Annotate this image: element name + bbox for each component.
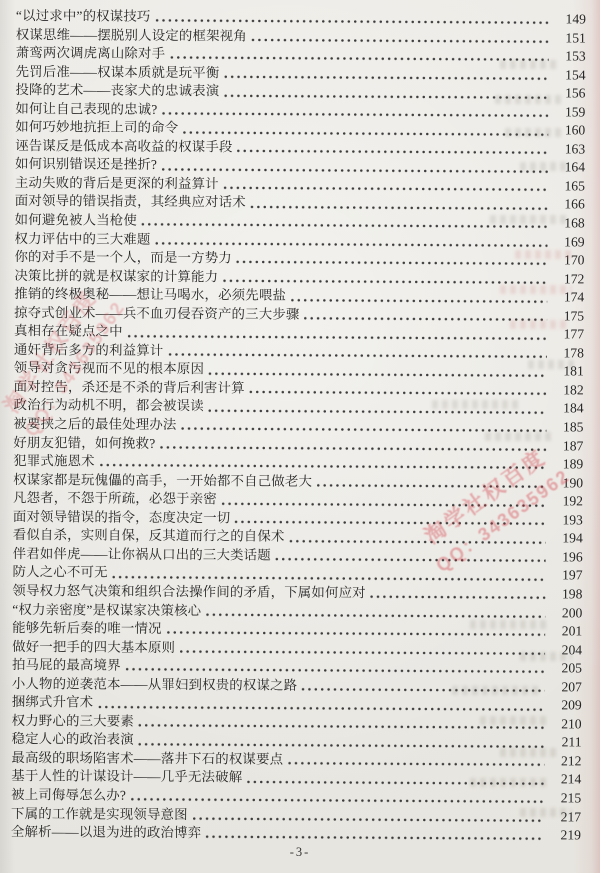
dot-leader [288,528,546,548]
toc-entry-page: 205 [548,659,582,678]
toc-entry-page: 212 [547,752,581,771]
toc-entry-title: 诬告谋反是低成本高收益的权谋手段 [15,137,233,157]
toc-entry-title: 如何巧妙地抗拒上司的命令 [15,118,178,138]
toc-entry-page: 215 [547,789,581,808]
dot-leader [207,361,547,382]
toc-entry-title: 你的对手不是一个人，而是一方势力 [14,248,232,268]
toc-entry-title: 被上司侮辱怎么办? [11,786,126,805]
toc-entry-page: 169 [551,233,585,252]
toc-entry-page: 163 [551,140,585,159]
toc-entry-title: 伴君如伴虎——让你祸从口出的三大类话题 [13,545,271,565]
toc-list: “以过求中”的权谋技巧 149 权谋思维——摆脱别人设定的框架视角 151 萧鸾… [11,7,586,845]
toc-entry-page: 219 [547,826,581,845]
dot-leader [129,787,544,808]
dot-leader [250,27,549,47]
toc-entry-title: 主动失败的背后是更深的利益算计 [15,174,219,194]
dot-leader [153,8,548,29]
toc-entry-page: 185 [549,418,583,437]
dot-leader [236,138,549,158]
dot-leader [222,82,548,103]
toc-entry-title: 如何让自己表现的忠诚? [15,100,157,119]
toc-entry: 全解析——以退为进的政治博弈 219 [11,823,581,845]
dot-leader [245,769,544,789]
toc-entry-page: 207 [548,678,582,697]
toc-entry-page: 149 [552,10,586,29]
toc-entry-page: 201 [548,622,582,641]
toc-entry-page: 160 [551,122,585,141]
toc-entry-page: 156 [551,84,585,103]
dot-leader [191,806,544,827]
toc-entry-page: 166 [551,196,585,215]
toc-entry-title: 权力野心的三大要素 [12,712,134,731]
toc-entry-title: 捆绑式升官术 [12,693,94,712]
dot-leader [235,249,548,269]
toc-entry-page: 217 [547,808,581,827]
toc-entry-title: 被要挟之后的最佳处理办法 [13,415,176,435]
toc-entry-title: 防人之心不可无 [12,563,107,582]
page-content: “以过求中”的权谋技巧 149 权谋思维——摆脱别人设定的框架视角 151 萧鸾… [11,7,586,845]
toc-entry-title: 真相存在疑点之中 [14,322,123,341]
toc-entry-page: 165 [551,177,585,196]
toc-entry-title: 面对领导的错误指责，其经典应对话术 [15,192,246,212]
toc-entry-page: 189 [549,455,583,474]
toc-entry-page: 168 [551,214,585,233]
toc-entry-title: 投降的艺术——丧家犬的忠诚表演 [15,81,219,101]
toc-entry-title: 掠夺式创业术——兵不血刃侵吞资产的三大步骤 [14,304,300,324]
toc-entry-title: 如何识别错误还是挫折? [15,155,157,174]
dot-leader [137,731,545,752]
dot-leader [222,64,548,85]
toc-entry-page: 153 [552,47,586,66]
toc-entry-page: 178 [550,344,584,363]
toc-entry-title: 面对控告，杀还是不杀的背后利害计算 [14,378,245,398]
toc-entry-page: 170 [550,251,584,270]
toc-entry-page: 190 [549,474,583,493]
dot-leader [160,156,548,177]
toc-entry-title: 凡怨者，不怨于所疏，必怨于亲密 [13,489,217,509]
toc-entry-title: 下属的工作就是实现领导意图 [11,805,188,825]
dot-leader [369,584,546,604]
toc-entry-page: 164 [551,159,585,178]
toc-entry-page: 184 [549,400,583,419]
toc-entry-title: “以过求中”的权谋技巧 [16,7,151,26]
toc-entry-page: 198 [548,585,582,604]
toc-entry-title: 先罚后准——权谋本质就是玩平衡 [16,63,220,83]
toc-entry-title: 如何避免被人当枪使 [15,211,137,230]
dot-leader [204,824,544,845]
dot-leader [249,194,548,214]
toc-entry-page: 204 [548,641,582,660]
dot-leader [289,287,547,307]
toc-entry-title: 推销的终极奥秘——想让马喝水，必须先喂盐 [14,285,286,305]
toc-entry-title: 拍马屁的最高境界 [12,656,121,675]
toc-entry-title: 权谋家都是玩傀儡的高手，一开始都不自己做老大 [13,471,312,491]
dot-leader [233,509,546,529]
dot-leader [168,45,549,66]
toc-entry-title: 犯罪式施恩术 [13,452,95,471]
toc-entry-page: 181 [550,363,584,382]
toc-entry-title: 好朋友犯错，如何挽救? [13,434,155,453]
toc-entry-title: 小人物的逆袭范本——从罪妇到权贵的权谋之路 [12,675,298,695]
dot-leader [222,175,548,196]
dot-leader [178,639,545,660]
dot-leader [221,268,547,289]
toc-entry-page: 194 [549,530,583,549]
toc-entry-title: 领导权力怒气决策和组织合法操作间的矛盾，下属如何应对 [12,582,365,603]
toc-entry-page: 196 [549,548,583,567]
scanned-book-toc-page: “以过求中”的权谋技巧 149 权谋思维——摆脱别人设定的框架视角 151 萧鸾… [0,0,600,873]
dot-leader [166,342,547,363]
toc-entry-title: 全解析——以退为进的政治博弈 [11,823,201,843]
dot-leader [286,751,544,771]
toc-entry-title: 做好一把手的四大基本原则 [12,638,175,658]
toc-entry-title: 能够先斩后奏的唯一情况 [12,619,162,638]
dot-leader [274,546,546,566]
toc-entry-page: 197 [548,567,582,586]
toc-entry-page: 174 [550,288,584,307]
toc-entry-page: 209 [548,696,582,715]
dot-leader [160,101,548,122]
dot-leader [153,230,547,251]
page-number-footer: -3- [0,845,600,860]
toc-entry-page: 200 [548,604,582,623]
dot-leader [181,119,548,140]
dot-leader [158,434,546,455]
toc-entry-page: 192 [549,492,583,511]
toc-entry-page: 159 [551,103,585,122]
dot-leader [300,676,545,696]
toc-entry-page: 154 [552,66,586,85]
toc-entry-title: 萧鸾两次调虎离山除对手 [16,44,166,63]
toc-entry-page: 151 [552,29,586,48]
toc-entry-page: 214 [547,771,581,790]
toc-entry-title: 政治行为动机不明，都会被误读 [14,396,204,416]
toc-entry-title: 领导对贪污视而不见的根本原因 [14,359,204,379]
toc-entry-page: 177 [550,326,584,345]
toc-entry-title: 稳定人心的政治表演 [11,730,133,749]
dot-leader [204,602,545,623]
toc-entry-title: 决策比拼的就是权谋家的计算能力 [14,267,218,287]
toc-entry-title: 最高级的职场陷害术——落井下石的权谋要点 [11,749,283,769]
toc-entry-title: 面对领导错误的指令，态度决定一切 [13,508,231,528]
dot-leader [165,620,546,641]
toc-entry-title: 权谋思维——摆脱别人设定的框架视角 [16,26,247,46]
dot-leader [315,473,546,493]
dot-leader [179,416,546,437]
dot-leader [248,379,547,399]
dot-leader [220,490,546,511]
dot-leader [207,398,547,419]
toc-entry-title: 通奸背后多方的利益算计 [14,341,164,360]
toc-entry-title: “权力亲密度”是权谋家决策核心 [12,600,201,620]
toc-entry-page: 172 [550,270,584,289]
toc-entry-title: 看似自杀，实则自保，反其道而行之的自保术 [13,526,285,546]
dot-leader [137,713,545,734]
dot-leader [302,306,547,326]
toc-entry-page: 187 [549,437,583,456]
toc-entry-page: 182 [550,381,584,400]
toc-entry-title: 权力评估中的三大难题 [15,230,151,249]
toc-entry-page: 193 [549,511,583,530]
dot-leader [140,212,548,233]
toc-entry-page: 211 [547,734,581,753]
toc-entry-title: 基于人性的计谋设计——几乎无法破解 [11,767,242,787]
toc-entry-page: 210 [548,715,582,734]
toc-entry-page: 175 [550,307,584,326]
